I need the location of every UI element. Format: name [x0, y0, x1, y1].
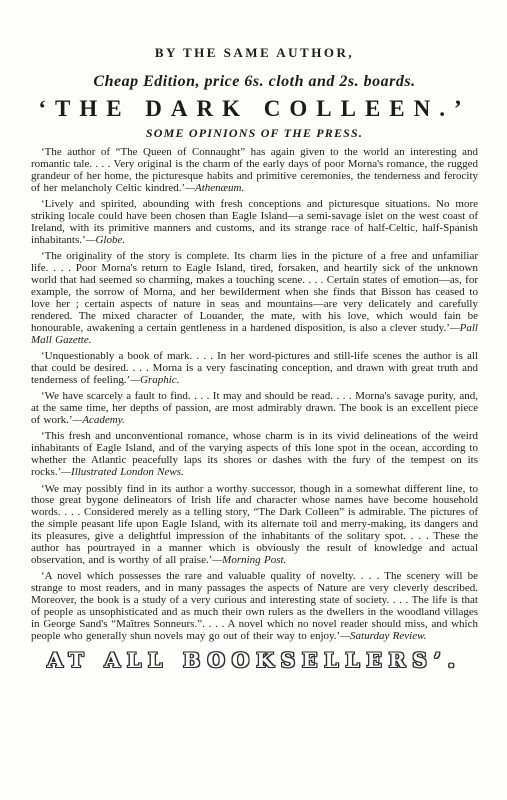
review-source: —Academy.	[73, 414, 125, 426]
press-opinions-heading: SOME OPINIONS OF THE PRESS.	[31, 126, 478, 141]
review-paragraph-graphic: ‘Unquestionably a book of mark. . . . In…	[31, 351, 478, 387]
review-paragraph-globe: ‘Lively and spirited, abounding with fre…	[31, 199, 478, 247]
press-reviews-section: ‘The author of “The Queen of Connaught” …	[31, 147, 478, 643]
review-paragraph-illustrated-london-news: ‘This fresh and unconventional romance, …	[31, 431, 478, 479]
review-paragraph-athenaeum: ‘The author of “The Queen of Connaught” …	[31, 147, 478, 195]
edition-price-line: Cheap Edition, price 6s. cloth and 2s. b…	[31, 73, 478, 91]
book-advertisement-page: BY THE SAME AUTHOR, Cheap Edition, price…	[0, 0, 507, 800]
review-source: —Saturday Review.	[340, 630, 426, 642]
review-source: —Illustrated London News.	[61, 466, 184, 478]
review-paragraph-morning-post: ‘We may possibly find in its author a wo…	[31, 484, 478, 567]
review-source: —Athenæum.	[185, 182, 244, 194]
review-quote: ‘The author of “The Queen of Connaught” …	[31, 146, 478, 194]
by-same-author-line: BY THE SAME AUTHOR,	[31, 45, 478, 61]
review-source: —Morning Post.	[212, 554, 286, 566]
review-quote: ‘The originality of the story is complet…	[31, 250, 478, 333]
book-title: ‘THE DARK COLLEEN.’	[31, 96, 478, 122]
review-paragraph-pall-mall-gazette: ‘The originality of the story is complet…	[31, 251, 478, 346]
review-quote: ‘Unquestionably a book of mark. . . . In…	[31, 350, 478, 386]
review-paragraph-academy: ‘We have scarcely a fault to find. . . .…	[31, 391, 478, 427]
review-paragraph-saturday-review: ‘A novel which possesses the rare and va…	[31, 571, 478, 642]
review-source: —Graphic.	[130, 374, 179, 386]
review-source: —Globe.	[86, 234, 125, 246]
at-all-booksellers-footer: AT ALL BOOKSELLERS’.	[31, 648, 478, 672]
